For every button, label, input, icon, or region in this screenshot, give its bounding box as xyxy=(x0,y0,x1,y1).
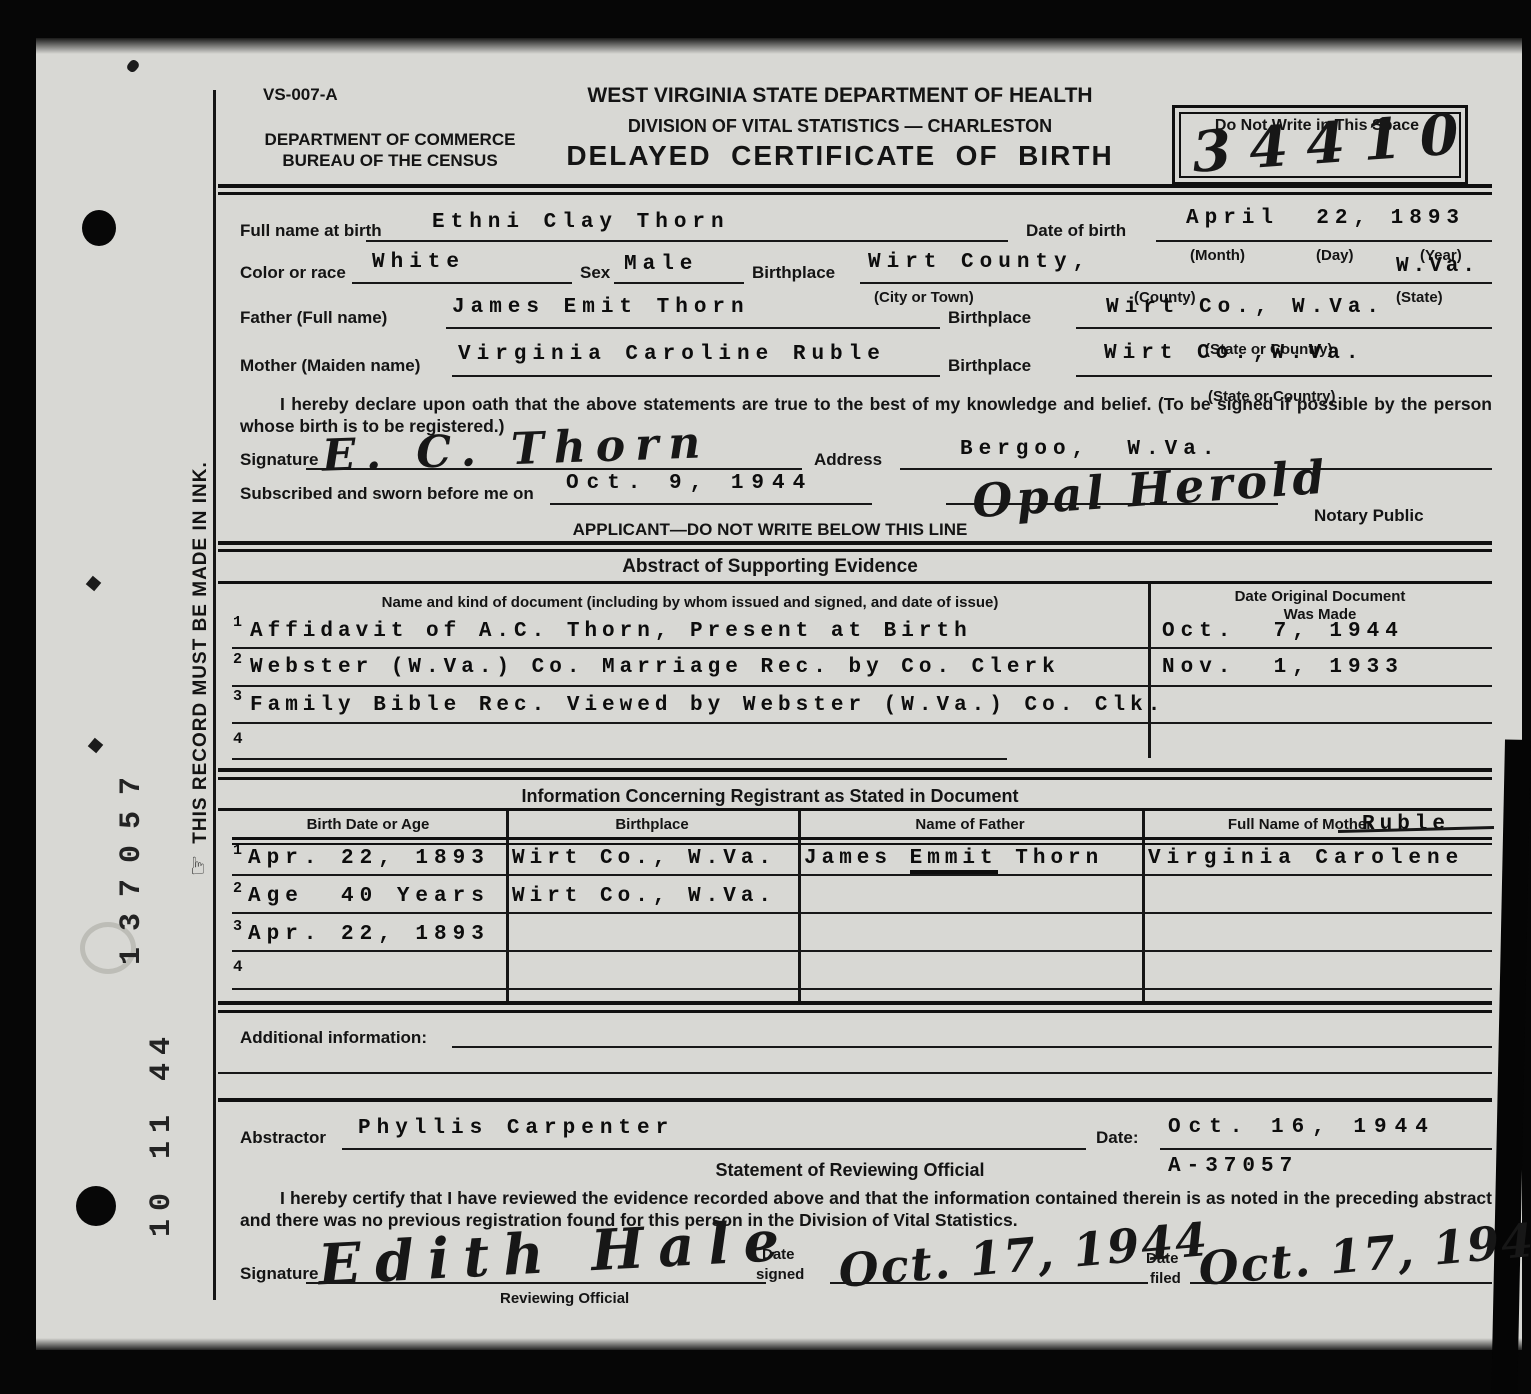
evidence-row-name: Family Bible Rec. Viewed by Webster (W.V… xyxy=(250,694,1165,717)
section-rule xyxy=(218,768,1492,772)
registrant-birthplace-value: Wirt Co., W.Va. xyxy=(512,847,776,870)
evidence-title-rule xyxy=(218,581,1492,584)
evidence-column-divider xyxy=(1148,584,1151,758)
father-birthplace-value: Wirt Co., W.Va. xyxy=(1106,296,1385,319)
registrant-header-rule xyxy=(232,837,1492,840)
title-line1: WEST VIRGINIA STATE DEPARTMENT OF HEALTH xyxy=(450,84,1230,108)
section-rule xyxy=(218,1001,1492,1005)
date-filed-label-bottom: filed xyxy=(1150,1270,1181,1287)
header-rule xyxy=(218,192,1492,195)
registrant-birth-value: Apr. 22, 1893 xyxy=(248,923,490,946)
month-sublabel: (Month) xyxy=(1190,247,1245,264)
abstract-date-line xyxy=(1160,1148,1492,1150)
sex-value: Male xyxy=(624,253,698,276)
abstractor-value: Phyllis Carpenter xyxy=(358,1117,674,1140)
full-name-line xyxy=(366,240,1008,242)
state-sublabel: (State) xyxy=(1396,289,1443,306)
evidence-row-line xyxy=(232,758,1007,760)
mother-label: Mother (Maiden name) xyxy=(240,356,420,376)
evidence-col2-header-line1: Date Original Document xyxy=(1152,588,1488,605)
sex-label: Sex xyxy=(580,263,610,283)
sworn-date-value: Oct. 9, 1944 xyxy=(566,472,813,495)
reviewing-official-label: Reviewing Official xyxy=(500,1290,629,1307)
day-sublabel: (Day) xyxy=(1316,247,1354,264)
title-line3: DELAYED CERTIFICATE OF BIRTH xyxy=(450,140,1230,172)
signature-label: Signature xyxy=(240,450,318,470)
father-label: Father (Full name) xyxy=(240,308,387,328)
date-of-birth-value: April 22, 1893 xyxy=(1186,207,1465,230)
evidence-row-num: 4 xyxy=(233,730,248,748)
stamp-serial-number: 137057 xyxy=(115,743,151,983)
father-name-underlined: Emmit xyxy=(910,847,998,874)
registrant-col-header-father: Name of Father xyxy=(803,816,1137,833)
address-value: Bergoo, W.Va. xyxy=(960,438,1220,461)
evidence-row-date: Nov. 1, 1933 xyxy=(1162,656,1404,679)
registrant-section-title: Information Concerning Registrant as Sta… xyxy=(400,786,1140,807)
birthplace-state-value: W.Va. xyxy=(1396,255,1479,278)
registrant-row-line xyxy=(232,874,1492,876)
birthplace-label: Birthplace xyxy=(752,263,835,283)
evidence-row-line xyxy=(232,722,1492,724)
registrant-birth-value: Apr. 22, 1893 xyxy=(248,847,490,870)
additional-info-heavy-line xyxy=(218,1098,1492,1102)
evidence-row-num: 3 xyxy=(233,688,247,705)
date-of-birth-label: Date of birth xyxy=(1026,221,1126,241)
additional-info-line xyxy=(452,1046,1492,1048)
title-line2: DIVISION OF VITAL STATISTICS — CHARLESTO… xyxy=(450,116,1230,137)
abstractor-line xyxy=(342,1148,1086,1150)
evidence-row-num: 1 xyxy=(233,614,247,631)
certify-text: I hereby certify that I have reviewed th… xyxy=(240,1188,1492,1231)
address-label: Address xyxy=(814,450,882,470)
father-line xyxy=(446,327,940,329)
evidence-row-num: 2 xyxy=(233,651,247,668)
evidence-row-line xyxy=(232,685,1492,687)
form-left-border xyxy=(213,90,216,1300)
punch-hole xyxy=(76,1186,116,1226)
evidence-row-line xyxy=(232,647,1492,649)
father-value: James Emit Thorn xyxy=(452,296,750,319)
mother-birthplace-line xyxy=(1076,375,1492,377)
sworn-date-line xyxy=(550,503,872,505)
birthplace-line xyxy=(860,282,1492,284)
section-rule xyxy=(218,777,1492,780)
full-name-label: Full name at birth xyxy=(240,221,382,241)
scanned-birth-certificate: { "scan": { "stamp_number_vertical": "13… xyxy=(0,0,1531,1394)
registrant-row-line xyxy=(232,912,1492,914)
race-label: Color or race xyxy=(240,263,346,283)
mother-birthplace-label: Birthplace xyxy=(948,356,1031,376)
margin-ink-notice: ☞THIS RECORD MUST BE MADE IN INK. xyxy=(162,450,192,900)
father-name-part: James xyxy=(804,847,910,870)
evidence-row-name: Webster (W.Va.) Co. Marriage Rec. by Co.… xyxy=(250,656,1060,679)
registrant-birthplace-value: Wirt Co., W.Va. xyxy=(512,885,776,908)
city-town-sublabel: (City or Town) xyxy=(874,289,974,306)
mother-birthplace-value: Wirt Co.,W.Va. xyxy=(1104,342,1364,365)
margin-ink-notice-text: THIS RECORD MUST BE MADE IN INK. xyxy=(190,461,211,843)
additional-info-line xyxy=(218,1072,1492,1074)
abstractor-label: Abstractor xyxy=(240,1128,326,1148)
registrant-row-line xyxy=(232,988,1492,990)
stamp-date: 10 11 44 xyxy=(145,988,181,1278)
additional-info-label: Additional information: xyxy=(240,1028,427,1048)
review-signature-label: Signature xyxy=(240,1264,318,1284)
evidence-section-title: Abstract of Supporting Evidence xyxy=(400,556,1140,578)
mother-line xyxy=(452,375,940,377)
registrant-birth-value: Age 40 Years xyxy=(248,885,490,908)
punch-hole xyxy=(82,210,116,246)
birthplace-city-value: Wirt County, xyxy=(868,251,1091,274)
section-rule xyxy=(218,541,1492,545)
registrant-mother-value: Virginia Carolene xyxy=(1148,847,1464,870)
registrant-row-line xyxy=(232,950,1492,952)
date-of-birth-line xyxy=(1156,240,1492,242)
race-value: White xyxy=(372,251,465,274)
evidence-col1-header: Name and kind of document (including by … xyxy=(240,594,1140,611)
section-rule xyxy=(218,1010,1492,1013)
registrant-col-header-birthplace: Birthplace xyxy=(512,816,792,833)
registrant-header-rule xyxy=(232,843,1492,845)
race-line xyxy=(352,282,572,284)
mother-header-overstrike: Ruble xyxy=(1362,813,1450,836)
pointing-hand-icon: ☞ xyxy=(184,854,212,877)
registrant-title-rule xyxy=(218,808,1492,811)
father-birthplace-label: Birthplace xyxy=(948,308,1031,328)
registrant-father-value: James Emmit Thorn xyxy=(804,847,1103,870)
notary-label: Notary Public xyxy=(1314,506,1424,526)
abstract-date-value: Oct. 16, 1944 xyxy=(1168,1116,1436,1139)
mother-value: Virginia Caroline Ruble xyxy=(458,343,886,366)
form-number: VS-007-A xyxy=(263,85,338,105)
registrant-row-num: 4 xyxy=(233,958,248,976)
evidence-row-name: Affidavit of A.C. Thorn, Present at Birt… xyxy=(250,620,972,643)
evidence-row-date: Oct. 7, 1944 xyxy=(1162,620,1404,643)
review-section-title: Statement of Reviewing Official xyxy=(560,1160,1140,1181)
case-number: A-37057 xyxy=(1168,1155,1298,1178)
full-name-value: Ethni Clay Thorn xyxy=(432,211,730,234)
sworn-label: Subscribed and sworn before me on xyxy=(240,484,534,504)
registrant-row-num: 3 xyxy=(233,918,247,935)
father-name-part: Thorn xyxy=(998,847,1104,870)
sex-line xyxy=(614,282,744,284)
registrant-col-header-birth: Birth Date or Age xyxy=(238,816,498,833)
father-birthplace-line xyxy=(1076,327,1492,329)
registrant-row-num: 1 xyxy=(233,842,247,859)
registrant-row-num: 2 xyxy=(233,880,247,897)
section-rule xyxy=(218,549,1492,552)
abstract-date-label: Date: xyxy=(1096,1128,1139,1148)
